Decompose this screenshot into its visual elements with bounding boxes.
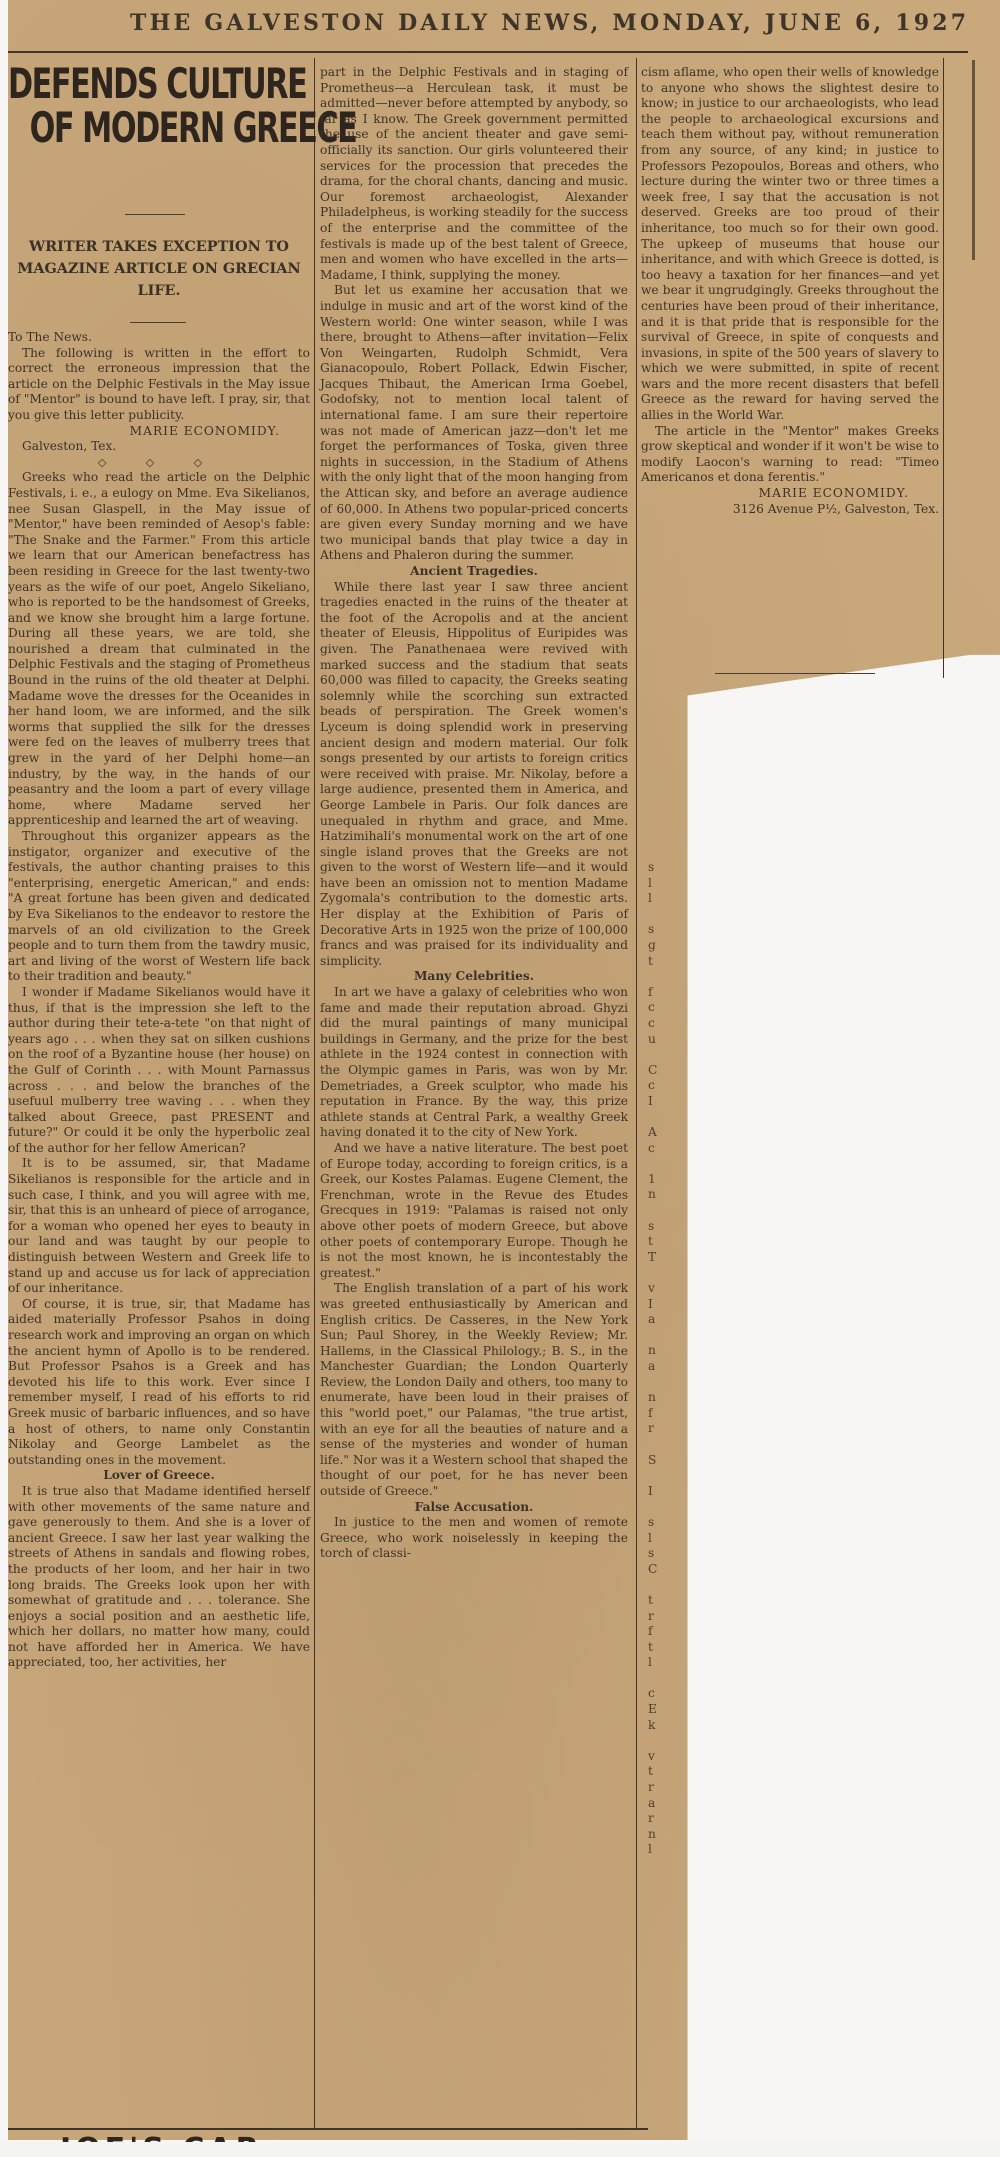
headline: DEFENDS CULTURE OF MODERN GREECE [8, 62, 225, 150]
paragraph: I wonder if Madame Sikelianos would have… [8, 985, 310, 1157]
article-column-1: To The News. The following is written in… [8, 330, 310, 1671]
article-column-3: cism aflame, who open their wells of kno… [641, 65, 939, 517]
bottom-rule [8, 2128, 648, 2130]
paragraph: cism aflame, who open their wells of kno… [641, 65, 939, 424]
signature: MARIE ECONOMIDY. [8, 424, 310, 440]
deck-rule [130, 322, 186, 323]
paragraph: Of course, it is true, sir, that Madame … [8, 1297, 310, 1469]
paragraph: And we have a native literature. The bes… [320, 1141, 628, 1281]
headline-line-2: OF MODERN GREECE [8, 106, 225, 150]
paragraph: In art we have a galaxy of celebrities w… [320, 985, 628, 1141]
signature-place: Galveston, Tex. [8, 439, 310, 455]
bottom-headline-cut: JOE'S CAR [0, 2132, 700, 2142]
intro-paragraph: The following is written in the effort t… [8, 346, 310, 424]
neighbor-column-fragment: s l l s g t f c c u C c I A c 1 n s t T … [648, 860, 676, 1858]
paragraph: The article in the "Mentor" makes Greeks… [641, 424, 939, 486]
end-rule [715, 673, 875, 674]
subhead: Many Celebrities. [320, 969, 628, 985]
headline-rule [125, 214, 185, 215]
paragraph: Throughout this organizer appears as the… [8, 829, 310, 985]
subhead: Ancient Tragedies. [320, 564, 628, 580]
column-divider-1 [314, 58, 315, 2128]
deck: WRITER TAKES EXCEPTION TO MAGAZINE ARTIC… [8, 236, 310, 302]
masthead: THE GALVESTON DAILY NEWS, MONDAY, JUNE 6… [130, 10, 1000, 36]
paragraph: While there last year I saw three ancien… [320, 580, 628, 970]
masthead-rule [8, 51, 968, 53]
subhead: Lover of Greece. [8, 1468, 310, 1484]
paragraph: But let us examine her accusation that w… [320, 283, 628, 564]
bottom-headline: JOE'S CAR [60, 2132, 263, 2142]
salutation: To The News. [8, 330, 310, 346]
signature-address: 3126 Avenue P½, Galveston, Tex. [641, 502, 939, 518]
paragraph: The English translation of a part of his… [320, 1281, 628, 1499]
neighbor-column-fragment-top [972, 60, 995, 260]
paragraph: part in the Delphic Festivals and in sta… [320, 65, 628, 283]
background-margin [0, 2142, 1000, 2157]
headline-line-1: DEFENDS CULTURE [8, 59, 306, 108]
column-divider-2 [636, 58, 637, 2128]
signature: MARIE ECONOMIDY. [641, 486, 939, 502]
paragraph: In justice to the men and women of remot… [320, 1515, 628, 1562]
paragraph: It is true also that Madame identified h… [8, 1484, 310, 1671]
paragraph: Greeks who read the article on the Delph… [8, 470, 310, 829]
ornament-divider: ◇ ◇ ◇ [8, 455, 310, 471]
article-column-2: part in the Delphic Festivals and in sta… [320, 65, 628, 1562]
column-divider-3 [943, 58, 944, 678]
subhead: False Accusation. [320, 1500, 628, 1516]
paragraph: It is to be assumed, sir, that Madame Si… [8, 1156, 310, 1296]
